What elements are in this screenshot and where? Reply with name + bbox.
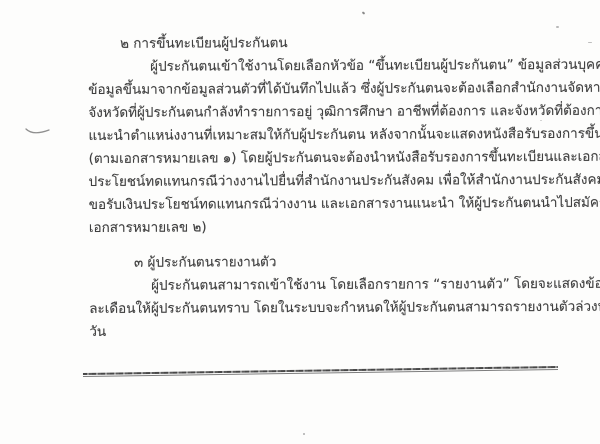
section-2-paragraph: ผู้ประกันตนเข้าใช้งานโดยเลือกหัวข้อ “ขึ้… — [88, 54, 569, 240]
scanned-document-page: ๒ การขึ้นทะเบียนผู้ประกันตน ผู้ประกันตนเ… — [0, 0, 600, 444]
paragraph-line: ผู้ประกันตนสามารถเข้าใช้งาน โดยเลือกรายก… — [89, 273, 569, 298]
paragraph-line: ประโยชน์ทดแทนกรณีว่างงานไปยื่นที่สำนักงา… — [89, 169, 569, 194]
paragraph-line: ข้อมูลขึ้นมาจากข้อมูลส่วนตัวที่ได้บันทึก… — [88, 77, 568, 102]
scan-speck — [303, 433, 305, 435]
section-2-heading: ๒ การขึ้นทะเบียนผู้ประกันตน — [120, 31, 568, 56]
paragraph-line: จังหวัดที่ผู้ประกันตนกำลังทำรายการอยู่ ว… — [88, 100, 568, 125]
scan-speck — [588, 42, 592, 43]
paragraph-line: วัน — [89, 319, 569, 344]
paragraph-line: ขอรับเงินประโยชน์ทดแทนกรณีว่างงาน และเอก… — [89, 192, 569, 217]
section-3-heading: ๓ ผู้ประกันตนรายงานตัว — [134, 250, 569, 275]
paragraph-line: ละเดือนให้ผู้ประกันตนทราบ โดยในระบบจะกำห… — [89, 296, 569, 321]
section-3-paragraph: ผู้ประกันตนสามารถเข้าใช้งาน โดยเลือกรายก… — [89, 273, 569, 344]
paragraph-line: เอกสารหมายเลข ๒) — [89, 215, 569, 240]
paragraph-line: (ตามเอกสารหมายเลข ๑) โดยผู้ประกันตนจะต้อ… — [89, 146, 569, 171]
scan-speck — [540, 120, 542, 121]
paragraph-line: แนะนำตำแหน่งงานที่เหมาะสมให้กับผู้ประกัน… — [88, 123, 568, 148]
handwritten-pen-mark — [24, 123, 52, 139]
scan-speck — [556, 26, 559, 28]
document-content: ๒ การขึ้นทะเบียนผู้ประกันตน ผู้ประกันตนเ… — [88, 31, 569, 344]
divider-line — [83, 366, 558, 378]
paragraph-line: ผู้ประกันตนเข้าใช้งานโดยเลือกหัวข้อ “ขึ้… — [88, 54, 568, 79]
scan-speck — [362, 11, 366, 14]
